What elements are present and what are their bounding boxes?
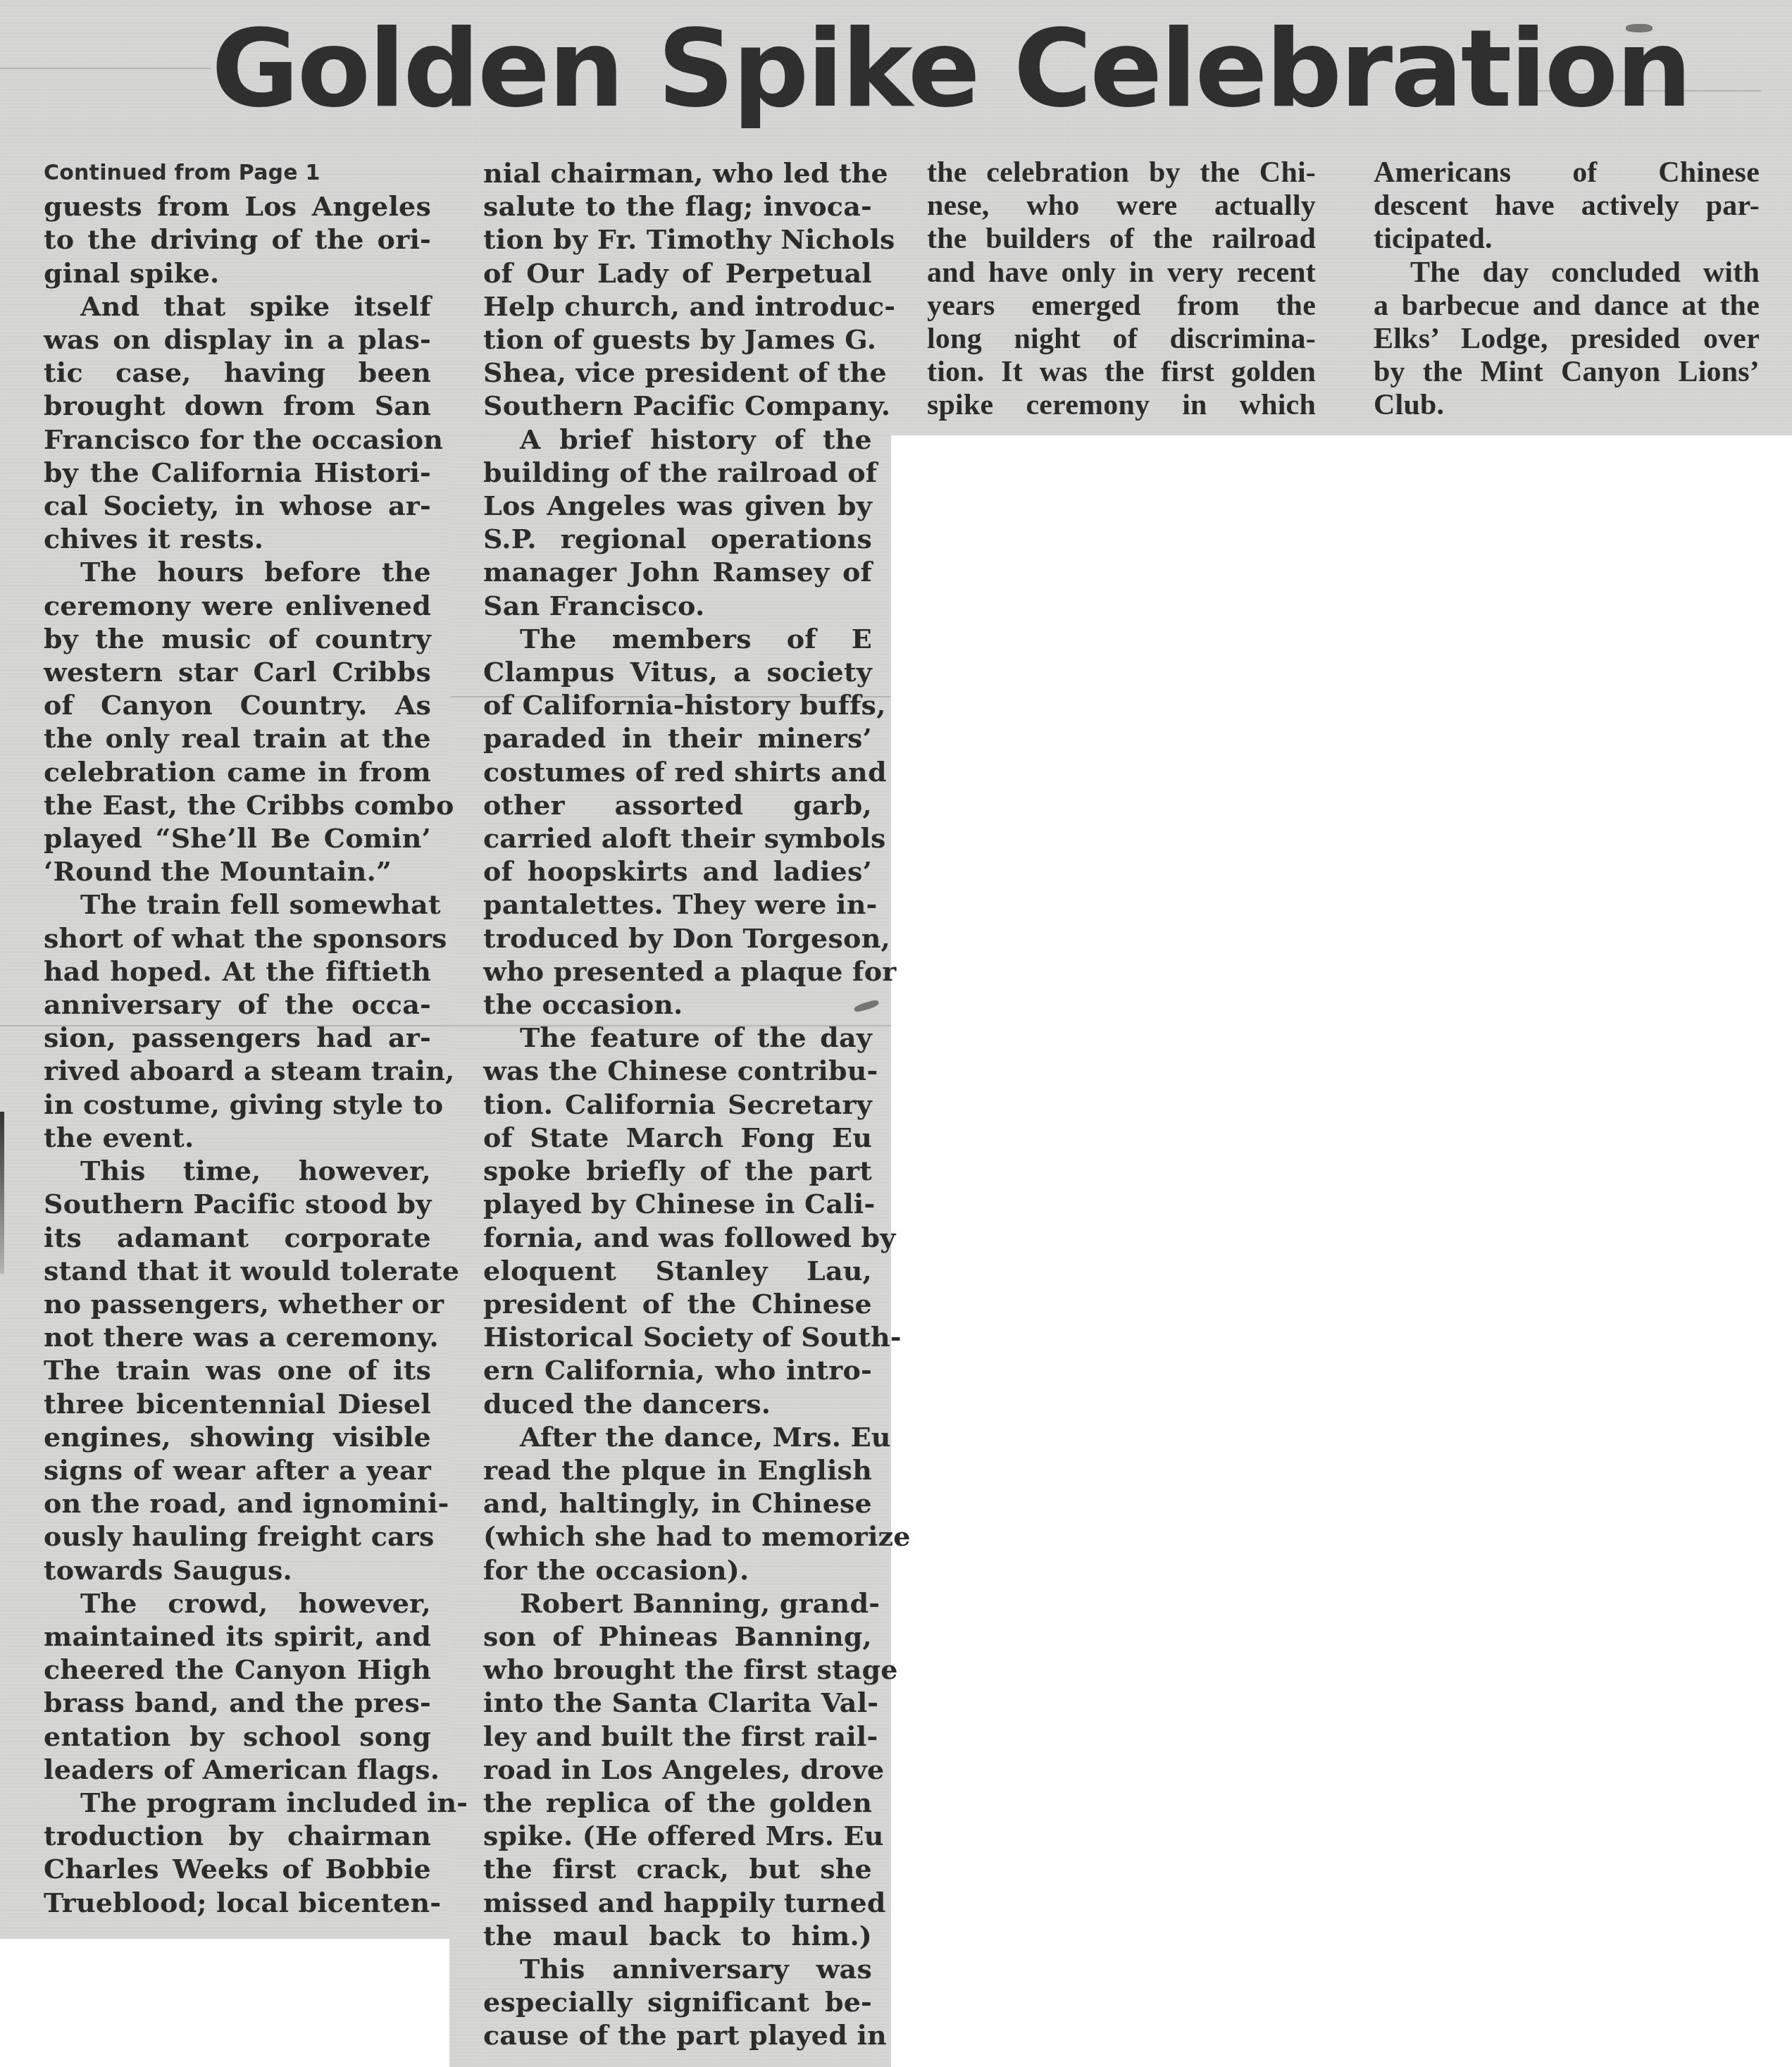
text-line: Southern Pacific Company. xyxy=(483,389,872,422)
text-line: ern California, who intro- xyxy=(483,1353,872,1386)
scan-line xyxy=(0,68,211,69)
text-line: Southern Pacific stood by xyxy=(44,1187,431,1220)
text-line: road in Los Angeles, drove xyxy=(483,1753,872,1786)
text-line: the only real train at the xyxy=(44,721,431,755)
text-line: short of what the sponsors xyxy=(44,921,431,955)
text-line: Francisco for the occasion xyxy=(44,423,431,456)
text-line: tion by Fr. Timothy Nichols xyxy=(483,223,872,256)
text-line: by the Mint Canyon Lions’ xyxy=(1374,356,1760,389)
article-headline: Golden Spike Celebration xyxy=(211,15,1550,123)
text-line: The members of E xyxy=(483,622,872,655)
text-line: paraded in their miners’ xyxy=(483,721,872,755)
text-line: son of Phineas Banning, xyxy=(483,1620,872,1653)
text-line: cause of the part played in xyxy=(483,2018,872,2052)
text-line: ceremony were enlivened xyxy=(44,589,431,622)
text-line: spike. (He offered Mrs. Eu xyxy=(483,1819,872,1852)
text-line: costumes of red shirts and xyxy=(483,755,872,788)
text-line: celebration came in from xyxy=(44,755,431,788)
text-line: spoke briefly of the part xyxy=(483,1154,872,1187)
text-line: and have only in very recent xyxy=(927,256,1316,290)
text-line: anniversary of the occa- xyxy=(44,988,431,1021)
text-line: played by Chinese in Cali- xyxy=(483,1187,872,1220)
text-line: of State March Fong Eu xyxy=(483,1121,872,1154)
text-line: and, haltingly, in Chinese xyxy=(483,1486,872,1520)
text-line: Club. xyxy=(1374,389,1760,422)
text-line: long night of discrimina- xyxy=(927,323,1316,356)
text-line: the event. xyxy=(44,1121,431,1154)
text-line: of Our Lady of Perpetual xyxy=(483,256,872,290)
text-line: And that spike itself xyxy=(44,290,431,323)
text-line: tion. It was the first golden xyxy=(927,356,1316,389)
text-line: ley and built the first rail- xyxy=(483,1720,872,1753)
text-line: The feature of the day xyxy=(483,1021,872,1054)
text-line: on the road, and ignomini- xyxy=(44,1486,431,1520)
article-column-2: nial chairman, who led thesalute to the … xyxy=(483,156,872,2052)
text-line: into the Santa Clarita Val- xyxy=(483,1686,872,1719)
text-line: read the plque in English xyxy=(483,1453,872,1486)
text-line: by the California Histori- xyxy=(44,456,431,489)
text-line: San Francisco. xyxy=(483,589,872,622)
text-line: who presented a plaque for xyxy=(483,955,872,988)
text-line: years emerged from the xyxy=(927,290,1316,323)
text-line: Elks’ Lodge, presided over xyxy=(1374,323,1760,356)
text-line: carried aloft their symbols xyxy=(483,821,872,855)
text-line: western star Carl Cribbs xyxy=(44,655,431,688)
text-line: the occasion. xyxy=(483,988,872,1021)
text-line: other assorted garb, xyxy=(483,788,872,821)
text-line: guests from Los Angeles xyxy=(44,190,431,223)
text-line: fornia, and was followed by xyxy=(483,1221,872,1254)
text-line: not there was a ceremony. xyxy=(44,1320,431,1353)
text-line: Help church, and introduc- xyxy=(483,290,872,323)
text-line: cheered the Canyon High xyxy=(44,1653,431,1686)
text-line: the builders of the railroad xyxy=(927,223,1316,256)
text-line: had hoped. At the fiftieth xyxy=(44,955,431,988)
text-line: Historical Society of South- xyxy=(483,1320,872,1353)
text-line: S.P. regional operations xyxy=(483,522,872,555)
article-column-1: Continued from Page 1 guests from Los An… xyxy=(44,156,431,1919)
text-line: ticipated. xyxy=(1374,223,1760,256)
text-line: of hoopskirts and ladies’ xyxy=(483,855,872,888)
text-line: chives it rests. xyxy=(44,522,431,555)
text-line: played “She’ll Be Comin’ xyxy=(44,821,431,855)
text-line: Robert Banning, grand- xyxy=(483,1587,872,1620)
column-4-text: Americans of Chinesedescent have activel… xyxy=(1374,156,1760,423)
text-line: a barbecue and dance at the xyxy=(1374,290,1760,323)
text-line: Charles Weeks of Bobbie xyxy=(44,1852,431,1885)
text-line: signs of wear after a year xyxy=(44,1453,431,1486)
text-line: entation by school song xyxy=(44,1720,431,1753)
text-line: three bicentennial Diesel xyxy=(44,1387,431,1420)
text-line: nial chairman, who led the xyxy=(483,156,872,190)
text-line: Clampus Vitus, a society xyxy=(483,655,872,688)
text-line: sion, passengers had ar- xyxy=(44,1021,431,1054)
text-line: The program included in- xyxy=(44,1786,431,1819)
text-line: This anniversary was xyxy=(483,1952,872,1985)
column-1-text: guests from Los Angelesto the driving of… xyxy=(44,190,431,1919)
text-line: pantalettes. They were in- xyxy=(483,888,872,921)
column-3-text: the celebration by the Chi-nese, who wer… xyxy=(927,156,1316,423)
text-line: building of the railroad of xyxy=(483,456,872,489)
text-line: nese, who were actually xyxy=(927,190,1316,223)
text-line: Trueblood; local bicenten- xyxy=(44,1886,431,1919)
text-line: spike ceremony in which xyxy=(927,389,1316,422)
text-line: the celebration by the Chi- xyxy=(927,156,1316,190)
text-line: the maul back to him.) xyxy=(483,1919,872,1952)
text-line: Americans of Chinese xyxy=(1374,156,1760,190)
text-line: of California-history buffs, xyxy=(483,688,872,721)
text-line: The train was one of its xyxy=(44,1353,431,1386)
text-line: rived aboard a steam train, xyxy=(44,1054,431,1087)
text-line: to the driving of the ori- xyxy=(44,223,431,256)
text-line: ‘Round the Mountain.” xyxy=(44,855,431,888)
text-line: no passengers, whether or xyxy=(44,1287,431,1320)
text-line: The hours before the xyxy=(44,555,431,588)
text-line: president of the Chinese xyxy=(483,1287,872,1320)
text-line: The day concluded with xyxy=(1374,256,1760,290)
text-line: descent have actively par- xyxy=(1374,190,1760,223)
text-line: troduced by Don Torgeson, xyxy=(483,921,872,955)
article-column-4: Americans of Chinesedescent have activel… xyxy=(1374,156,1760,423)
text-line: Shea, vice president of the xyxy=(483,356,872,389)
text-line: towards Saugus. xyxy=(44,1553,431,1587)
column-2-text: nial chairman, who led thesalute to the … xyxy=(483,156,872,2052)
text-line: engines, showing visible xyxy=(44,1420,431,1453)
text-line: The crowd, however, xyxy=(44,1587,431,1620)
text-line: tion. California Secretary xyxy=(483,1088,872,1121)
text-line: its adamant corporate xyxy=(44,1221,431,1254)
text-line: was on display in a plas- xyxy=(44,323,431,356)
text-line: in costume, giving style to xyxy=(44,1088,431,1121)
text-line: troduction by chairman xyxy=(44,1819,431,1852)
text-line: maintained its spirit, and xyxy=(44,1620,431,1653)
text-line: salute to the flag; invoca- xyxy=(483,190,872,223)
text-line: who brought the first stage xyxy=(483,1653,872,1686)
scan-edge-bar xyxy=(0,1112,4,1274)
text-line: cal Society, in whose ar- xyxy=(44,489,431,522)
text-line: (which she had to memorize xyxy=(483,1520,872,1553)
text-line: missed and happily turned xyxy=(483,1886,872,1919)
text-line: tic case, having been xyxy=(44,356,431,389)
article-column-3: the celebration by the Chi-nese, who wer… xyxy=(927,156,1316,423)
text-line: ginal spike. xyxy=(44,256,431,290)
text-line: duced the dancers. xyxy=(483,1387,872,1420)
text-line: for the occasion). xyxy=(483,1553,872,1587)
text-line: was the Chinese contribu- xyxy=(483,1054,872,1087)
text-line: of Canyon Country. As xyxy=(44,688,431,721)
text-line: the first crack, but she xyxy=(483,1852,872,1885)
text-line: After the dance, Mrs. Eu xyxy=(483,1420,872,1453)
text-line: A brief history of the xyxy=(483,423,872,456)
text-line: tion of guests by James G. xyxy=(483,323,872,356)
text-line: The train fell somewhat xyxy=(44,888,431,921)
text-line: especially significant be- xyxy=(483,1985,872,2018)
text-line: brass band, and the pres- xyxy=(44,1686,431,1719)
text-line: eloquent Stanley Lau, xyxy=(483,1254,872,1287)
text-line: This time, however, xyxy=(44,1154,431,1187)
text-line: leaders of American flags. xyxy=(44,1753,431,1786)
text-line: manager John Ramsey of xyxy=(483,555,872,588)
continued-from-byline: Continued from Page 1 xyxy=(44,156,431,190)
text-line: by the music of country xyxy=(44,622,431,655)
text-line: stand that it would tolerate xyxy=(44,1254,431,1287)
text-line: the replica of the golden xyxy=(483,1786,872,1819)
text-line: Los Angeles was given by xyxy=(483,489,872,522)
text-line: brought down from San xyxy=(44,389,431,422)
text-line: ously hauling freight cars xyxy=(44,1520,431,1553)
text-line: the East, the Cribbs combo xyxy=(44,788,431,821)
